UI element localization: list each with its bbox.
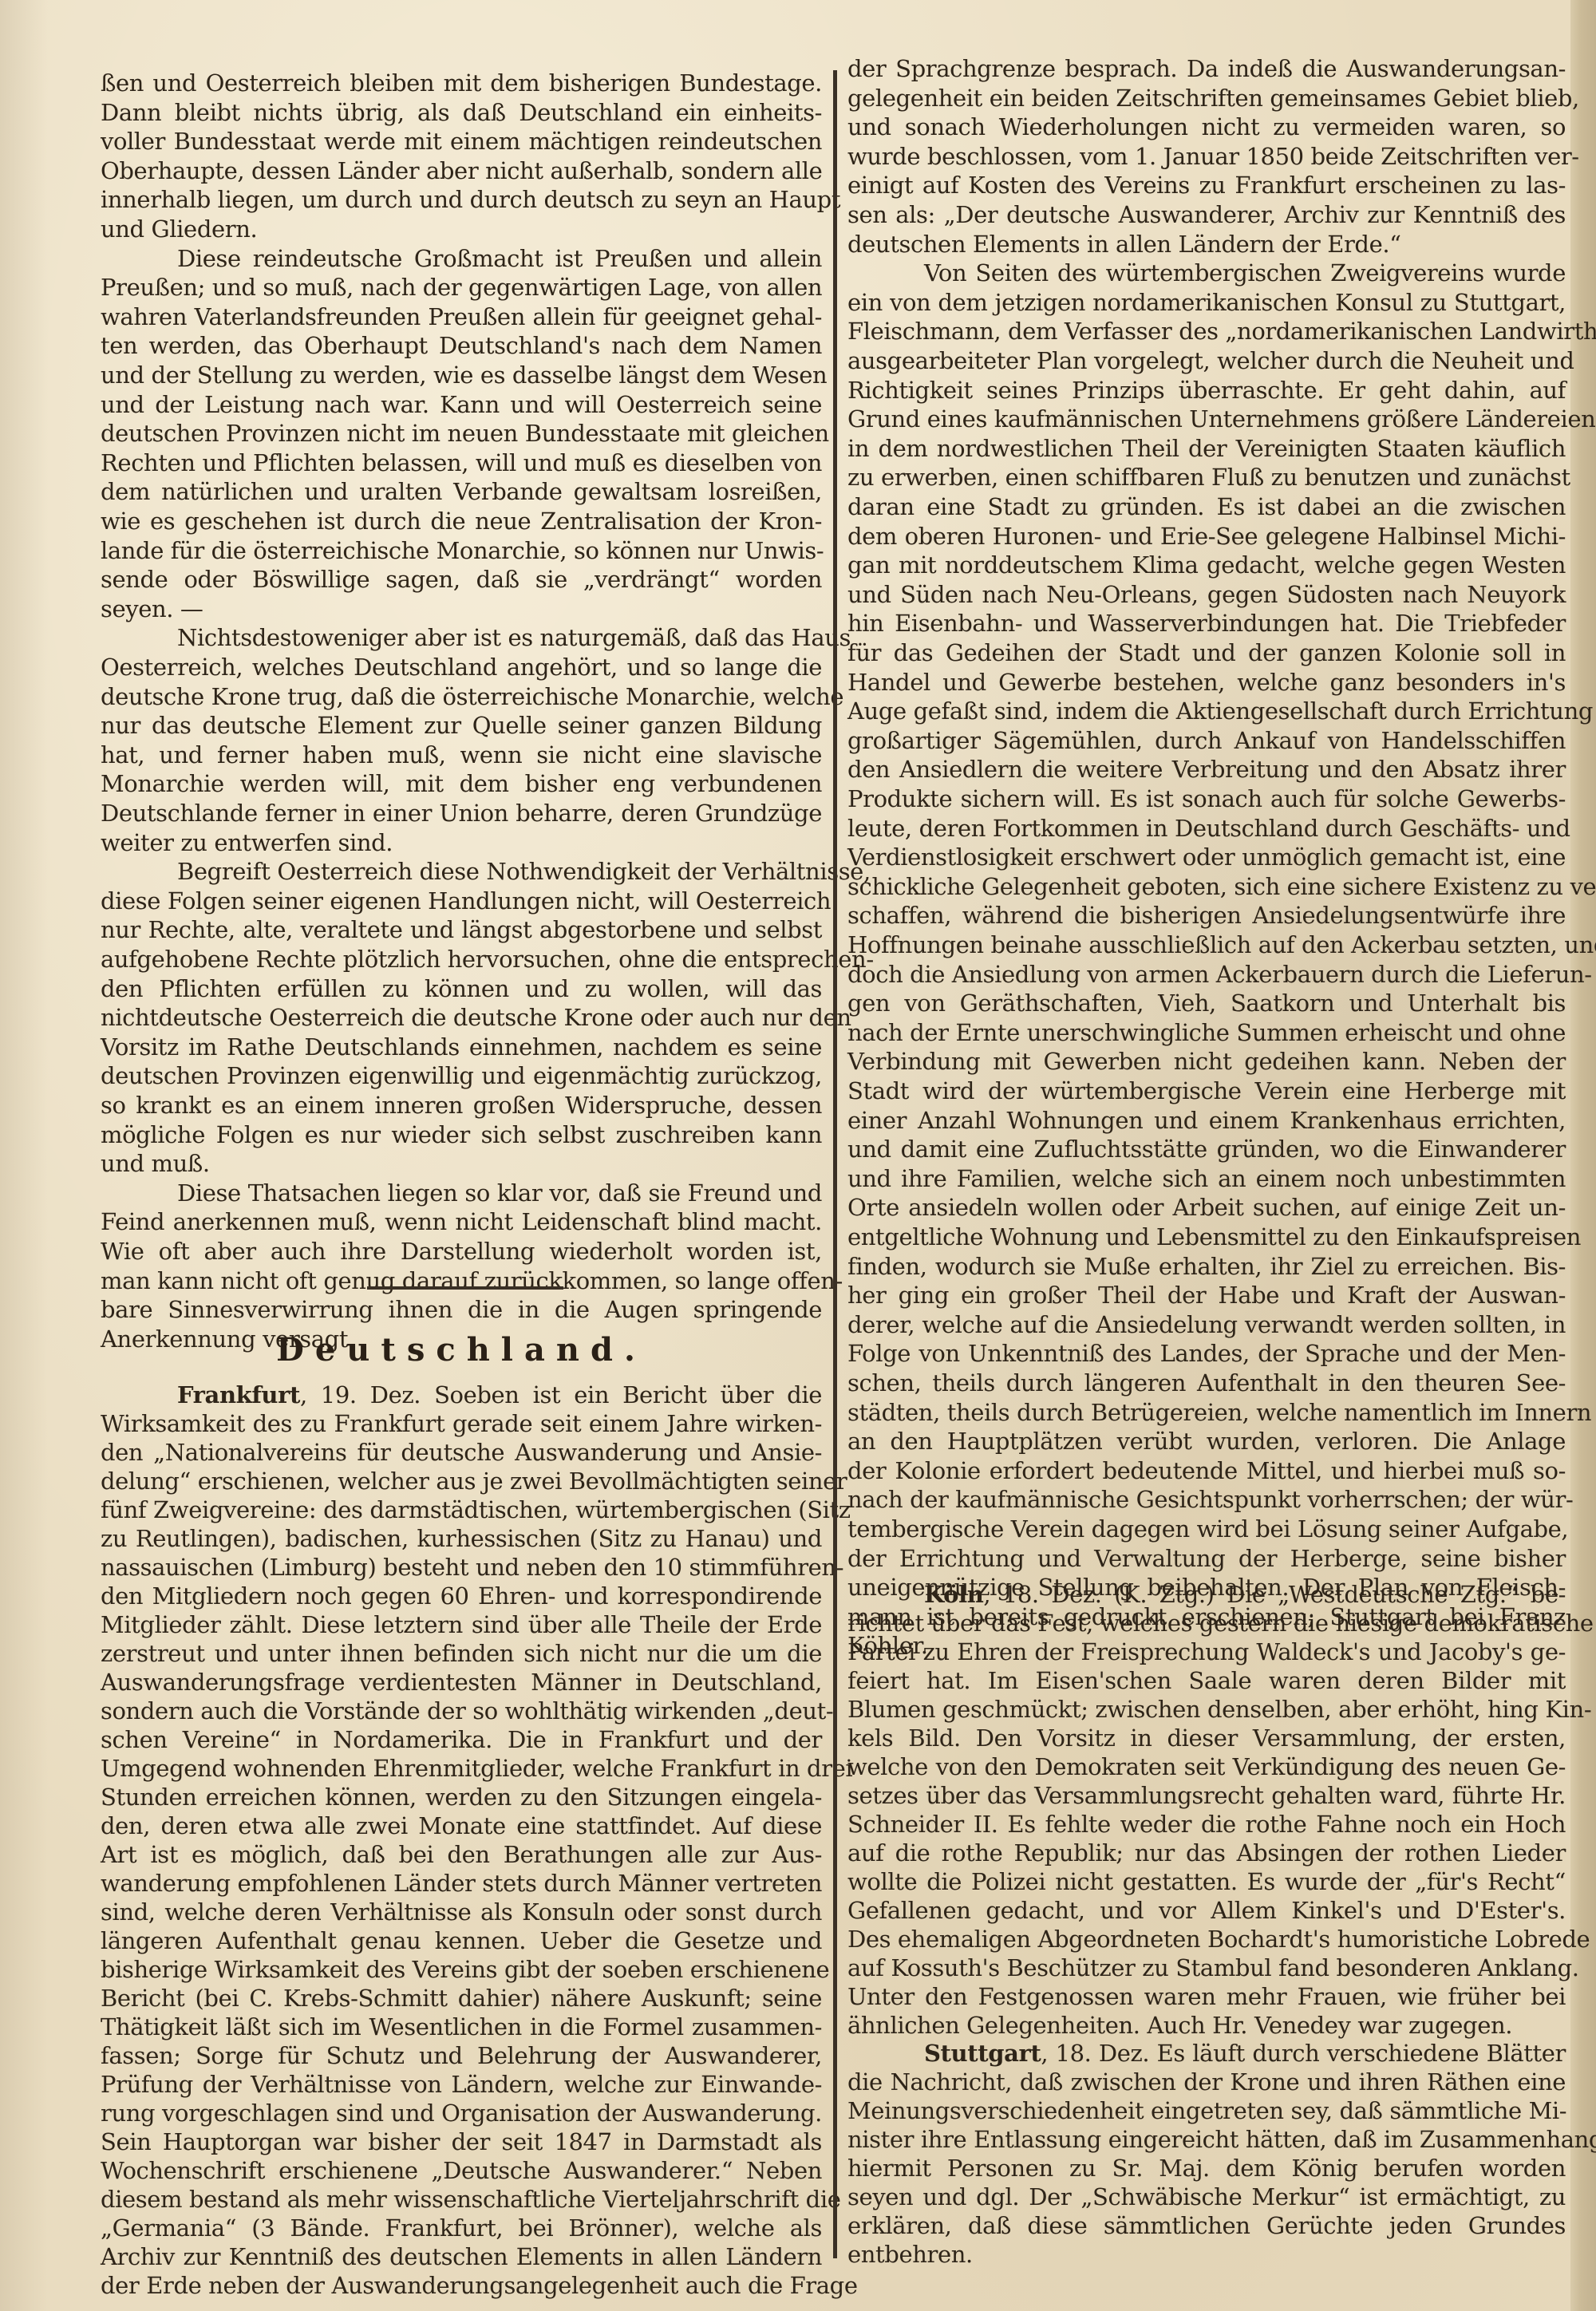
text-line: Diese reindeutsche Großmacht ist Preußen… (101, 244, 822, 273)
text-line: mögliche Folgen es nur wieder sich selbs… (101, 1120, 822, 1149)
text-line: auf die rothe Republik; nur das Absingen… (847, 1839, 1566, 1867)
text-line: Stunden erreichen können, werden zu den … (101, 1783, 822, 1811)
text-line: nister ihre Entlassung eingereicht hätte… (847, 2125, 1566, 2154)
text-line: schickliche Gelegenheit geboten, sich ei… (847, 872, 1566, 901)
text-line: Dann bleibt nichts übrig, als daß Deutsc… (101, 98, 822, 127)
text-line: sind, welche deren Verhältnisse als Kons… (101, 1898, 822, 1926)
text-line: fünf Zweigvereine: des darmstädtischen, … (101, 1495, 822, 1524)
text-line: derer, welche auf die Ansiedelung verwan… (847, 1310, 1566, 1339)
text-line: und der Stellung zu werden, wie es dasse… (101, 361, 822, 389)
text-line: einigt auf Kosten des Vereins zu Frankfu… (847, 171, 1566, 199)
text-line: man kann nicht oft genug darauf zurückko… (101, 1266, 822, 1295)
text-line: richtet über das Fest, welches gestern d… (847, 1609, 1566, 1637)
text-line: deutschen Provinzen nicht im neuen Bunde… (101, 419, 822, 448)
text-line: sondern auch die Vorstände der so wohlth… (101, 1697, 822, 1725)
text-line: Hoffnungen beinahe ausschließlich auf de… (847, 930, 1566, 959)
text-line: Von Seiten des würtembergischen Zweigver… (847, 259, 1566, 287)
text-line: ähnlichen Gelegenheiten. Auch Hr. Venede… (847, 2011, 1566, 2040)
section-heading: Deutschland. (101, 1331, 822, 1369)
text-line: Auswanderungsfrage verdientesten Männer … (101, 1668, 822, 1697)
text-line: Des ehemaligen Abgeordneten Bochardt's h… (847, 1925, 1566, 1953)
text-line: den Mitgliedern noch gegen 60 Ehren- und… (101, 1582, 822, 1610)
text-line: Verdienstlosigkeit erschwert oder unmögl… (847, 843, 1566, 871)
text-line: der Erde neben der Auswanderungsangelege… (101, 2271, 822, 2300)
text-line: seyen und dgl. Der „Schwäbische Merkur“ … (847, 2183, 1566, 2211)
text-line: nach der kaufmännische Gesichtspunkt vor… (847, 1485, 1566, 1514)
text-line: Oberhaupte, dessen Länder aber nicht auß… (101, 156, 822, 185)
dateline-date: , 18. Dez. (1041, 2040, 1156, 2067)
text-line: Stadt wird der würtembergische Verein ei… (847, 1076, 1566, 1105)
text-line: die Nachricht, daß zwischen der Krone un… (847, 2068, 1566, 2096)
text-line: tembergische Verein dagegen wird bei Lös… (847, 1515, 1566, 1543)
text-line: und sonach Wiederholungen nicht zu verme… (847, 113, 1566, 141)
text-line: und Gliedern. (101, 215, 822, 243)
column-divider (833, 70, 837, 2258)
text-line: nach der Ernte unerschwingliche Summen e… (847, 1018, 1566, 1047)
text-line: kels Bild. Den Vorsitz in dieser Versamm… (847, 1724, 1566, 1752)
text-line: und der Leistung nach war. Kann und will… (101, 390, 822, 419)
text-line: ein von dem jetzigen nordamerikanischen … (847, 288, 1566, 317)
text-line: Preußen; und so muß, nach der gegenwärti… (101, 273, 822, 302)
text-line: Begreift Oesterreich diese Nothwendigkei… (101, 857, 822, 886)
text-line: daran eine Stadt zu gründen. Es ist dabe… (847, 492, 1566, 521)
text-line: Monarchie werden will, mit dem bisher en… (101, 769, 822, 798)
line-text: Die „Westdeutsche Ztg.“ be- (1227, 1581, 1566, 1608)
text-line: so krankt es an einem inneren großen Wid… (101, 1091, 822, 1120)
text-line: den „Nationalvereins für deutsche Auswan… (101, 1438, 822, 1467)
text-line: Auge gefaßt sind, indem die Aktiengesell… (847, 697, 1566, 725)
text-line: Vorsitz im Rathe Deutschlands einnehmen,… (101, 1033, 822, 1061)
text-line: dem natürlichen und uralten Verbande gew… (101, 477, 822, 506)
text-line: Unter den Festgenossen waren mehr Frauen… (847, 1982, 1566, 2011)
text-line: schaffen, während die bisherigen Ansiede… (847, 901, 1566, 930)
text-line: deutschen Provinzen eigenwillig und eige… (101, 1061, 822, 1090)
text-line: schen Vereine“ in Nordamerika. Die in Fr… (101, 1725, 822, 1754)
dateline-date: , 19. Dez. (300, 1381, 434, 1408)
text-line: nassauischen (Limburg) besteht und neben… (101, 1553, 822, 1582)
text-line: den Pflichten erfüllen zu können und zu … (101, 974, 822, 1003)
text-line: Nichtsdestoweniger aber ist es naturgemä… (101, 623, 822, 652)
page-left-shadow (0, 0, 48, 2311)
text-line: fassen; Sorge für Schutz und Belehrung d… (101, 2041, 822, 2070)
text-line: seyen. — (101, 595, 822, 623)
text-line: Bericht (bei C. Krebs-Schmitt dahier) nä… (101, 1984, 822, 2013)
text-line: her ging ein großer Theil der Habe und K… (847, 1281, 1566, 1310)
text-line: und damit eine Zufluchtsstätte gründen, … (847, 1135, 1566, 1163)
text-line: Meinungsverschiedenheit eingetreten sey,… (847, 2096, 1566, 2125)
text-line: den Ansiedlern die weitere Verbreitung u… (847, 755, 1566, 784)
text-line: bisherige Wirksamkeit des Vereins gibt d… (101, 1955, 822, 1984)
text-line: ten werden, das Oberhaupt Deutschland's … (101, 331, 822, 360)
text-line: Prüfung der Verhältnisse von Ländern, we… (101, 2070, 822, 2099)
dateline-place: Köln (924, 1581, 983, 1608)
text-line: Wirksamkeit des zu Frankfurt gerade seit… (101, 1409, 822, 1438)
text-line: gan mit norddeutschem Klima gedacht, wel… (847, 551, 1566, 579)
text-line: nur Rechte, alte, veraltete und längst a… (101, 915, 822, 944)
text-line: Sein Hauptorgan war bisher der seit 1847… (101, 2127, 822, 2156)
text-line: Produkte sichern will. Es ist sonach auc… (847, 784, 1566, 813)
text-line: nichtdeutsche Oesterreich die deutsche K… (101, 1003, 822, 1032)
text-line: diesem bestand als mehr wissenschaftlich… (101, 2185, 822, 2214)
section-rule (367, 1286, 563, 1290)
text-line: aufgehobene Rechte plötzlich hervorsuche… (101, 945, 822, 974)
text-line: für das Gedeihen der Stadt und der ganze… (847, 638, 1566, 667)
text-line: großartiger Sägemühlen, durch Ankauf von… (847, 726, 1566, 755)
text-line: zerstreut und unter ihnen befinden sich … (101, 1639, 822, 1668)
text-line: Köln, 18. Dez. (K. Ztg.) Die „Westdeutsc… (847, 1580, 1566, 1609)
text-line: Blumen geschmückt; zwischen denselben, a… (847, 1695, 1566, 1724)
text-line: wanderung empfohlenen Länder stets durch… (101, 1869, 822, 1898)
dateline-place: Frankfurt (177, 1381, 300, 1408)
text-line: Deutschlande ferner in einer Union behar… (101, 799, 822, 828)
text-line: bare Sinnesverwirrung ihnen die in die A… (101, 1295, 822, 1324)
text-line: finden, wodurch sie Muße erhalten, ihr Z… (847, 1252, 1566, 1281)
text-line: Mitglieder zählt. Diese letztern sind üb… (101, 1610, 822, 1639)
text-line: der Errichtung und Verwaltung der Herber… (847, 1544, 1566, 1573)
text-line: wahren Vaterlandsfreunden Preußen allein… (101, 302, 822, 331)
text-line: und ihre Familien, welche sich an einem … (847, 1164, 1566, 1193)
text-line: Oesterreich, welches Deutschland angehör… (101, 653, 822, 681)
text-line: ßen und Oesterreich bleiben mit dem bish… (101, 69, 822, 97)
text-line: wie es geschehen ist durch die neue Zent… (101, 507, 822, 535)
text-line: Wochenschrift erschienene „Deutsche Ausw… (101, 2156, 822, 2185)
text-line: längeren Aufenthalt genau kennen. Ueber … (101, 1926, 822, 1955)
text-line: städten, theils durch Betrügereien, welc… (847, 1398, 1566, 1427)
text-line: gelegenheit ein beiden Zeitschriften gem… (847, 84, 1566, 113)
text-line: weiter zu entwerfen sind. (101, 828, 822, 857)
text-line: hiermit Personen zu Sr. Maj. dem König b… (847, 2154, 1566, 2183)
text-line: nur das deutsche Element zur Quelle sein… (101, 711, 822, 740)
text-line: hin Eisenbahn- und Wasserverbindungen ha… (847, 609, 1566, 638)
text-line: in dem nordwestlichen Theil der Vereinig… (847, 434, 1566, 463)
text-line: Rechten und Pflichten belassen, will und… (101, 448, 822, 477)
text-line: wurde beschlossen, vom 1. Januar 1850 be… (847, 142, 1566, 171)
text-line: Feind anerkennen muß, wenn nicht Leidens… (101, 1207, 822, 1236)
text-line: hat, und ferner haben muß, wenn sie nich… (101, 741, 822, 769)
text-line: zu Reutlingen), badischen, kurhessischen… (101, 1524, 822, 1553)
text-line: voller Bundesstaat werde mit einem mächt… (101, 127, 822, 156)
text-line: entbehren. (847, 2240, 1566, 2269)
text-line: wollte die Polizei nicht gestatten. Es w… (847, 1867, 1566, 1896)
text-line: leute, deren Fortkommen in Deutschland d… (847, 814, 1566, 843)
text-line: gen von Geräthschaften, Vieh, Saatkorn u… (847, 989, 1566, 1017)
dateline-place: Stuttgart (924, 2040, 1041, 2067)
text-line: lande für die österreichische Monarchie,… (101, 536, 822, 565)
text-line: welche von den Demokraten seit Verkündig… (847, 1752, 1566, 1781)
text-line: Stuttgart, 18. Dez. Es läuft durch versc… (847, 2039, 1566, 2068)
text-line: schen, theils durch längeren Aufenthalt … (847, 1369, 1566, 1397)
text-line: Handel und Gewerbe bestehen, welche ganz… (847, 668, 1566, 697)
text-line: dem oberen Huronen- und Erie-See gelegen… (847, 522, 1566, 551)
text-line: und Süden nach Neu-Orleans, gegen Südost… (847, 580, 1566, 609)
text-line: Folge von Unkenntniß des Landes, der Spr… (847, 1339, 1566, 1368)
text-line: „Germania“ (3 Bände. Frankfurt, bei Brön… (101, 2214, 822, 2242)
text-line: Frankfurt, 19. Dez. Soeben ist ein Beric… (101, 1381, 822, 1409)
text-line: zu erwerben, einen schiffbaren Fluß zu b… (847, 463, 1566, 492)
text-line: den, deren etwa alle zwei Monate eine st… (101, 1811, 822, 1840)
text-line: delung“ erschienen, welcher aus je zwei … (101, 1467, 822, 1495)
text-line: feiert hat. Im Eisen'schen Saale waren d… (847, 1666, 1566, 1695)
text-line: deutschen Elements in allen Ländern der … (847, 230, 1566, 259)
text-line: sende oder Böswillige sagen, daß sie „ve… (101, 565, 822, 594)
text-line: entgeltliche Wohnung und Lebensmittel zu… (847, 1223, 1566, 1251)
text-line: einer Anzahl Wohnungen und einem Kranken… (847, 1106, 1566, 1135)
text-line: Verbindung mit Gewerben nicht gedeihen k… (847, 1047, 1566, 1076)
text-line: deutsche Krone trug, daß die österreichi… (101, 682, 822, 711)
text-line: Gefallenen gedacht, und vor Allem Kinkel… (847, 1896, 1566, 1925)
text-line: sen als: „Der deutsche Auswanderer, Arch… (847, 200, 1566, 229)
text-line: doch die Ansiedlung von armen Ackerbauer… (847, 960, 1566, 989)
line-text: Soeben ist ein Bericht über die (434, 1381, 822, 1408)
text-line: Grund eines kaufmännischen Unternehmens … (847, 405, 1566, 433)
text-line: Umgegend wohnenden Ehrenmitglieder, welc… (101, 1754, 822, 1783)
text-line: erklären, daß diese sämmtlichen Gerüchte… (847, 2211, 1566, 2240)
text-line: ausgearbeiteter Plan vorgelegt, welcher … (847, 346, 1566, 375)
text-line: der Kolonie erfordert bedeutende Mittel,… (847, 1456, 1566, 1485)
text-line: Partei zu Ehren der Freisprechung Waldec… (847, 1637, 1566, 1666)
text-line: Orte ansiedeln wollen oder Arbeit suchen… (847, 1193, 1566, 1222)
text-line: der Sprachgrenze besprach. Da indeß die … (847, 54, 1566, 83)
text-line: setzes über das Versammlungsrecht gehalt… (847, 1781, 1566, 1810)
text-line: und muß. (101, 1149, 822, 1178)
line-text: Es läuft durch verschiedene Blätter (1157, 2040, 1566, 2067)
text-line: Wie oft aber auch ihre Darstellung wiede… (101, 1237, 822, 1266)
text-line: diese Folgen seiner eigenen Handlungen n… (101, 887, 822, 915)
text-line: Diese Thatsachen liegen so klar vor, daß… (101, 1179, 822, 1207)
text-line: Thätigkeit läßt sich im Wesentlichen in … (101, 2013, 822, 2041)
text-line: Archiv zur Kenntniß des deutschen Elemen… (101, 2242, 822, 2271)
text-line: Art ist es möglich, daß bei den Berathun… (101, 1840, 822, 1869)
text-line: an den Hauptplätzen verübt wurden, verlo… (847, 1427, 1566, 1456)
dateline-date: , 18. Dez. (K. Ztg.) (983, 1581, 1227, 1608)
text-line: Schneider II. Es fehlte weder die rothe … (847, 1810, 1566, 1839)
text-line: rung vorgeschlagen sind und Organisation… (101, 2099, 822, 2127)
text-line: Richtigkeit seines Prinzips überraschte.… (847, 376, 1566, 405)
text-line: Fleischmann, dem Verfasser des „nordamer… (847, 317, 1566, 346)
text-line: innerhalb liegen, um durch und durch deu… (101, 185, 822, 214)
text-line: auf Kossuth's Beschützer zu Stambul fand… (847, 1953, 1566, 1982)
